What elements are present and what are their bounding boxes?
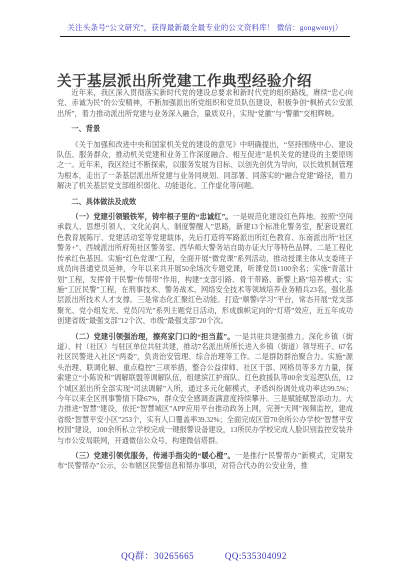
paragraph: （二）党建引领强治理，擦亮家门口的“担当蓝”。一是共驻共建强推力。深化乡镇（街道… — [57, 332, 353, 446]
document-page: 关注头条号“公文研究”，获得最新最全最专业的公文资料库！ 微信：gongweny… — [0, 0, 408, 580]
paragraph-lead: （三）党建引领优服务，传递手指尖的“暖心橙”。 — [71, 452, 235, 460]
section-heading: 一、背景 — [57, 124, 353, 134]
page-header-banner: 关注头条号“公文研究”，获得最新最全最专业的公文资料库！ 微信：gongweny… — [60, 22, 350, 37]
document-body: 近年来，我区深入贯彻落实新时代党的建设总要求和新时代党的组织路线，赓续“忠心向党… — [57, 88, 353, 477]
paragraph: （三）党建引领优服务，传递手指尖的“暖心橙”。一是推行“民警帮办”新模式，定期发… — [57, 451, 353, 472]
paragraph-lead: （二）党建引领强治理，擦亮家门口的“担当蓝”。 — [71, 333, 234, 341]
section-heading: 二、具体做法及成效 — [57, 197, 353, 207]
footer-qq-number: QQ:535304092 — [225, 551, 287, 561]
paragraph-lead: （一）党建引领锻铁军，铸牢根子里的“忠诚红”。 — [71, 213, 232, 221]
paragraph: 《关于加强和改进中央和国家机关党的建设的意见》中明确提出，“坚持围绕中心、建设队… — [57, 140, 353, 192]
paragraph: （一）党建引领锻铁军，铸牢根子里的“忠诚红”。一是规范化建设红色阵地。按照“空间… — [57, 212, 353, 326]
paragraph: 近年来，我区深入贯彻落实新时代党的建设总要求和新时代党的组织路线，赓续“忠心向党… — [57, 88, 353, 119]
footer-qq-group: QQ群：30265665 — [121, 551, 194, 561]
page-footer: QQ群：30265665 QQ:535304092 — [0, 549, 408, 562]
